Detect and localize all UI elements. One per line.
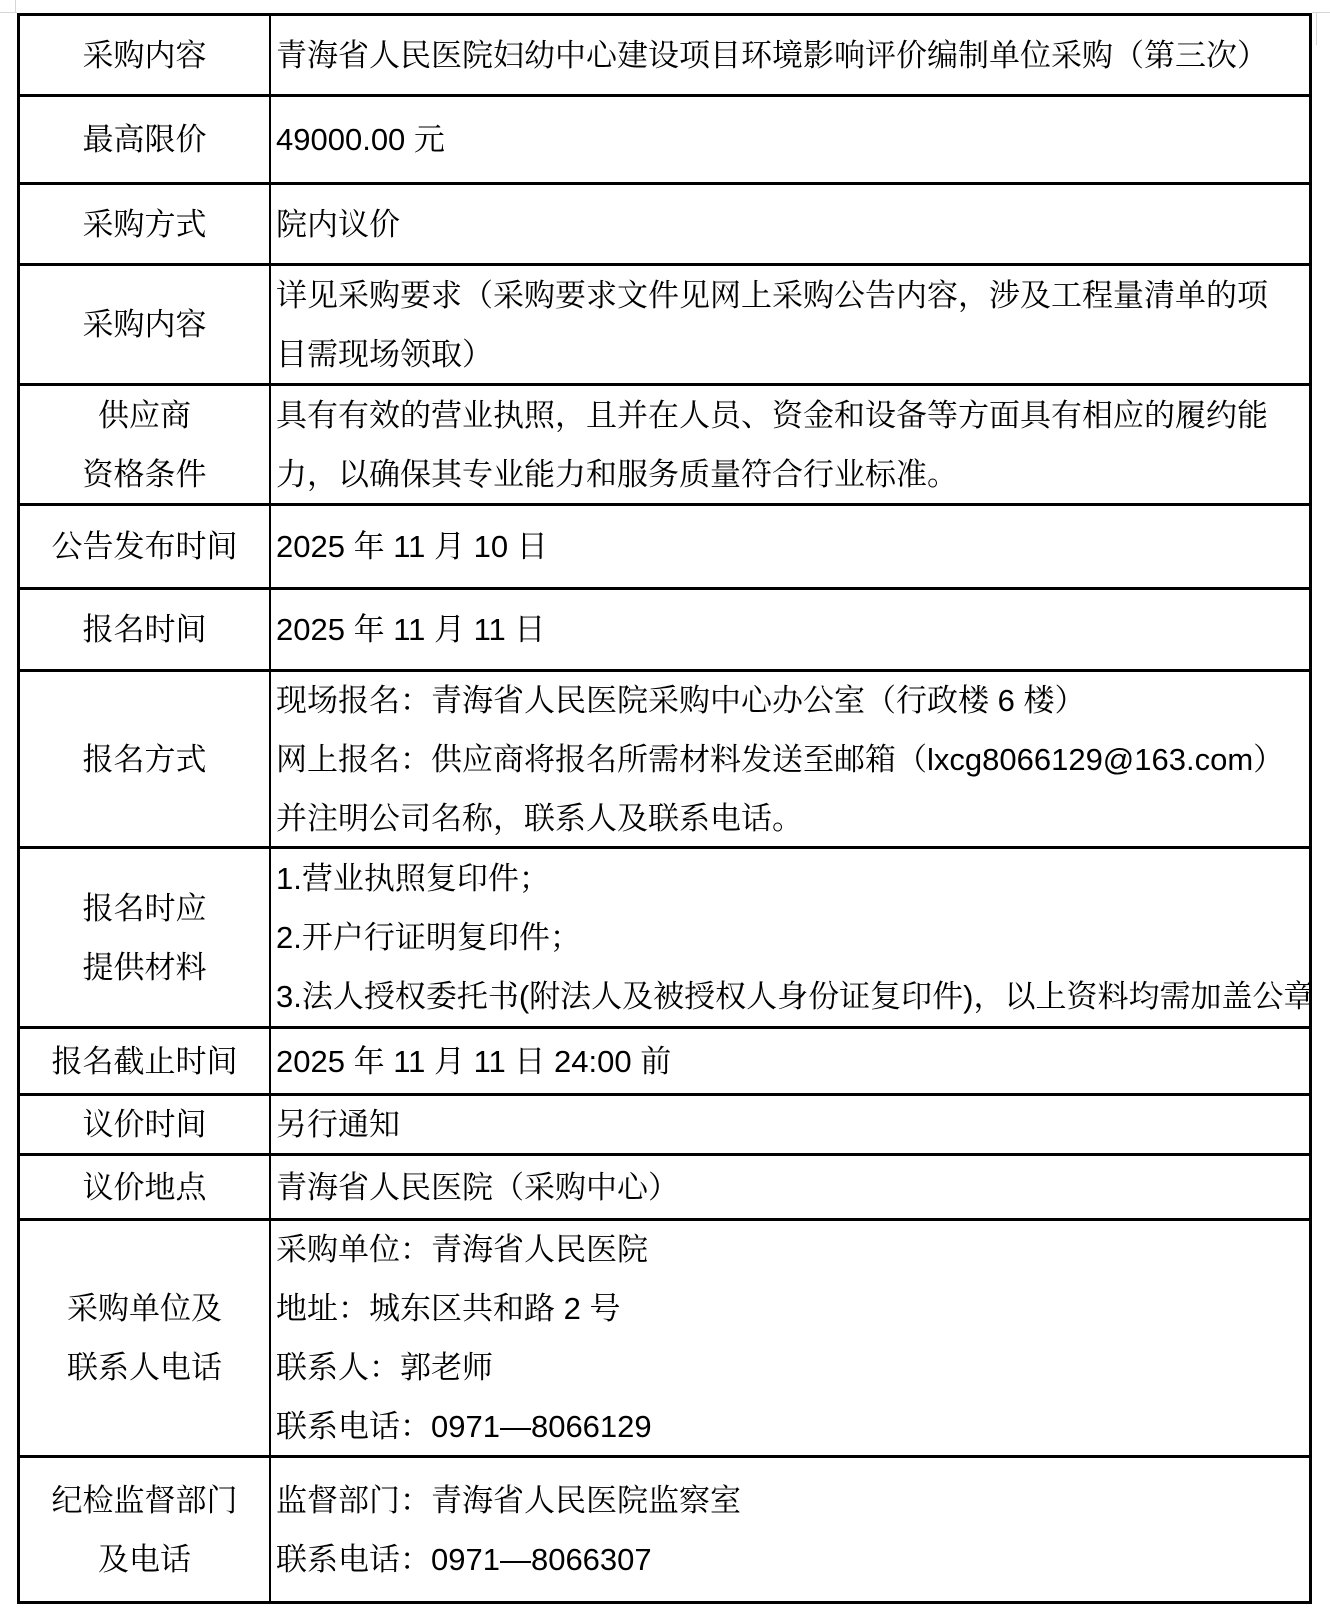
table-row: 供应商资格条件具有有效的营业执照，且并在人员、资金和设备等方面具有相应的履约能力… — [20, 383, 1309, 503]
row-label-cell: 议价时间 — [20, 1096, 271, 1153]
value-line: 网上报名：供应商将报名所需材料发送至邮箱（lxcg8066129@163.com… — [276, 730, 1307, 789]
row-label-cell: 采购单位及联系人电话 — [20, 1221, 271, 1455]
value-line: 青海省人民医院妇幼中心建设项目环境影响评价编制单位采购（第三次） — [276, 26, 1307, 85]
label-line: 报名截止时间 — [24, 1032, 265, 1091]
row-value-cell: 采购单位：青海省人民医院地址：城东区共和路 2 号联系人：郭老师联系电话：097… — [271, 1221, 1309, 1455]
table-row: 报名方式现场报名：青海省人民医院采购中心办公室（行政楼 6 楼）网上报名：供应商… — [20, 669, 1309, 846]
value-line: 监督部门：青海省人民医院监察室 — [276, 1471, 1307, 1530]
value-line: 具有有效的营业执照，且并在人员、资金和设备等方面具有相应的履约能 — [276, 386, 1307, 445]
table-row: 采购内容青海省人民医院妇幼中心建设项目环境影响评价编制单位采购（第三次） — [20, 16, 1309, 94]
table-row: 采购内容详见采购要求（采购要求文件见网上采购公告内容，涉及工程量清单的项目需现场… — [20, 263, 1309, 383]
label-line: 及电话 — [24, 1530, 265, 1589]
row-value-cell: 具有有效的营业执照，且并在人员、资金和设备等方面具有相应的履约能力，以确保其专业… — [271, 386, 1309, 503]
label-line: 报名方式 — [24, 730, 265, 789]
label-line: 采购方式 — [24, 195, 265, 254]
label-line: 公告发布时间 — [24, 517, 265, 576]
value-line: 采购单位：青海省人民医院 — [276, 1221, 1307, 1279]
row-label-cell: 议价地点 — [20, 1156, 271, 1218]
label-line: 资格条件 — [24, 445, 265, 504]
row-label-cell: 报名截止时间 — [20, 1029, 271, 1093]
label-line: 纪检监督部门 — [24, 1471, 265, 1530]
row-label-cell: 供应商资格条件 — [20, 386, 271, 503]
row-value-cell: 1.营业执照复印件；2.开户行证明复印件；3.法人授权委托书(附法人及被授权人身… — [271, 849, 1309, 1026]
value-line: 2025 年 11 月 11 日 24:00 前 — [276, 1032, 1307, 1091]
row-label-cell: 公告发布时间 — [20, 506, 271, 587]
label-line: 供应商 — [24, 386, 265, 445]
row-label-cell: 采购方式 — [20, 185, 271, 263]
row-value-cell: 2025 年 11 月 11 日 24:00 前 — [271, 1029, 1309, 1093]
row-value-cell: 49000.00 元 — [271, 97, 1309, 182]
value-line: 另行通知 — [276, 1096, 1307, 1153]
value-line: 地址：城东区共和路 2 号 — [276, 1279, 1307, 1338]
label-line: 采购内容 — [24, 295, 265, 354]
table-row: 最高限价49000.00 元 — [20, 94, 1309, 182]
label-line: 最高限价 — [24, 110, 265, 169]
value-line: 力，以确保其专业能力和服务质量符合行业标准。 — [276, 445, 1307, 504]
value-line: 青海省人民医院（采购中心） — [276, 1158, 1307, 1217]
value-line: 2.开户行证明复印件； — [276, 908, 1307, 967]
table-row: 报名截止时间2025 年 11 月 11 日 24:00 前 — [20, 1026, 1309, 1093]
value-line: 联系人：郭老师 — [276, 1338, 1307, 1397]
row-label-cell: 报名时应提供材料 — [20, 849, 271, 1026]
label-line: 采购单位及 — [24, 1279, 265, 1338]
value-line: 详见采购要求（采购要求文件见网上采购公告内容，涉及工程量清单的项 — [276, 266, 1307, 325]
value-line: 目需现场领取） — [276, 325, 1307, 384]
row-value-cell: 2025 年 11 月 11 日 — [271, 590, 1309, 669]
table-row: 采购方式院内议价 — [20, 182, 1309, 263]
gridline-artifact — [1316, 13, 1317, 45]
row-value-cell: 另行通知 — [271, 1096, 1309, 1153]
row-value-cell: 2025 年 11 月 10 日 — [271, 506, 1309, 587]
table-row: 报名时应提供材料1.营业执照复印件；2.开户行证明复印件；3.法人授权委托书(附… — [20, 846, 1309, 1026]
label-line: 议价地点 — [24, 1158, 265, 1217]
table-row: 采购单位及联系人电话采购单位：青海省人民医院地址：城东区共和路 2 号联系人：郭… — [20, 1218, 1309, 1455]
value-line: 院内议价 — [276, 195, 1307, 254]
procurement-table: 采购内容青海省人民医院妇幼中心建设项目环境影响评价编制单位采购（第三次）最高限价… — [17, 13, 1312, 1604]
value-line: 2025 年 11 月 10 日 — [276, 517, 1307, 576]
label-line: 联系人电话 — [24, 1338, 265, 1397]
row-value-cell: 青海省人民医院（采购中心） — [271, 1156, 1309, 1218]
table-row: 公告发布时间2025 年 11 月 10 日 — [20, 503, 1309, 587]
table-row: 议价时间另行通知 — [20, 1093, 1309, 1153]
row-value-cell: 青海省人民医院妇幼中心建设项目环境影响评价编制单位采购（第三次） — [271, 16, 1309, 94]
value-line: 联系电话：0971—8066307 — [276, 1530, 1307, 1589]
value-line: 2025 年 11 月 11 日 — [276, 600, 1307, 659]
table-row: 报名时间2025 年 11 月 11 日 — [20, 587, 1309, 669]
gridline-artifact — [15, 0, 16, 12]
row-value-cell: 现场报名：青海省人民医院采购中心办公室（行政楼 6 楼）网上报名：供应商将报名所… — [271, 672, 1309, 846]
value-line: 联系电话：0971—8066129 — [276, 1397, 1307, 1455]
row-value-cell: 监督部门：青海省人民医院监察室联系电话：0971—8066307 — [271, 1458, 1309, 1601]
gridline-artifact — [1312, 12, 1330, 13]
row-label-cell: 报名方式 — [20, 672, 271, 846]
value-line: 3.法人授权委托书(附法人及被授权人身份证复印件)，以上资料均需加盖公章。 — [276, 967, 1307, 1026]
document-page: 采购内容青海省人民医院妇幼中心建设项目环境影响评价编制单位采购（第三次）最高限价… — [0, 0, 1330, 1623]
label-line: 提供材料 — [24, 938, 265, 997]
value-line: 1.营业执照复印件； — [276, 849, 1307, 908]
label-line: 议价时间 — [24, 1095, 265, 1154]
label-line: 报名时应 — [24, 879, 265, 938]
gridline-artifact — [0, 12, 17, 13]
row-value-cell: 详见采购要求（采购要求文件见网上采购公告内容，涉及工程量清单的项目需现场领取） — [271, 266, 1309, 383]
row-value-cell: 院内议价 — [271, 185, 1309, 263]
table-row: 纪检监督部门及电话监督部门：青海省人民医院监察室联系电话：0971—806630… — [20, 1455, 1309, 1601]
value-line: 并注明公司名称，联系人及联系电话。 — [276, 789, 1307, 847]
value-line: 现场报名：青海省人民医院采购中心办公室（行政楼 6 楼） — [276, 672, 1307, 730]
value-line: 49000.00 元 — [276, 110, 1307, 169]
table-row: 议价地点青海省人民医院（采购中心） — [20, 1153, 1309, 1218]
row-label-cell: 报名时间 — [20, 590, 271, 669]
label-line: 采购内容 — [24, 26, 265, 85]
row-label-cell: 采购内容 — [20, 16, 271, 94]
row-label-cell: 纪检监督部门及电话 — [20, 1458, 271, 1601]
row-label-cell: 采购内容 — [20, 266, 271, 383]
row-label-cell: 最高限价 — [20, 97, 271, 182]
label-line: 报名时间 — [24, 600, 265, 659]
